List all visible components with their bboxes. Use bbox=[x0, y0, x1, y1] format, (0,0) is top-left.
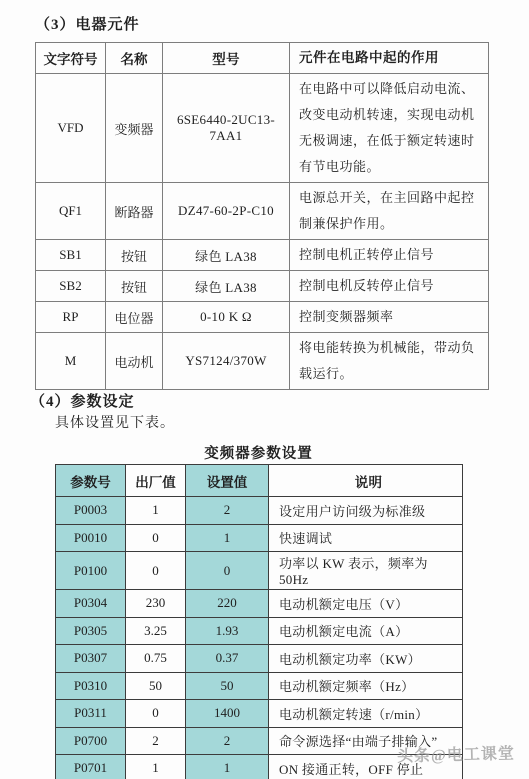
col-header-desc: 说明 bbox=[269, 465, 463, 497]
factory-value: 1 bbox=[126, 755, 186, 779]
component-name: 变频器 bbox=[106, 74, 163, 183]
param-desc: 功率以 KW 表示，频率为 50Hz bbox=[269, 552, 463, 590]
table-row: M 电动机 YS7124/370W 将电能转换为机械能，带动负载运行。 bbox=[36, 333, 489, 390]
component-function: 控制变频器频率 bbox=[290, 302, 489, 333]
components-table: 文字符号 名称 型号 元件在电路中起的作用 VFD 变频器 6SE6440-2U… bbox=[35, 42, 489, 390]
table-row: QF1 断路器 DZ47-60-2P-C10 电源总开关，在主回路中起控制兼保护… bbox=[36, 183, 489, 240]
component-function: 控制电机正转停止信号 bbox=[290, 240, 489, 271]
param-number: P0003 bbox=[56, 497, 126, 525]
component-function: 控制电机反转停止信号 bbox=[290, 271, 489, 302]
table-row: P0311 0 1400 电动机额定转速（r/min） bbox=[56, 700, 463, 728]
component-model: 绿色 LA38 bbox=[163, 240, 290, 271]
col-header-model: 型号 bbox=[163, 43, 290, 74]
col-header-name: 名称 bbox=[106, 43, 163, 74]
component-function: 将电能转换为机械能，带动负载运行。 bbox=[290, 333, 489, 390]
set-value: 1.93 bbox=[186, 617, 269, 645]
set-value: 2 bbox=[186, 727, 269, 755]
table-row: P0003 1 2 设定用户访问级为标准级 bbox=[56, 497, 463, 525]
table-row: VFD 变频器 6SE6440-2UC13-7AA1 在电路中可以降低启动电流、… bbox=[36, 74, 489, 183]
component-function: 电源总开关，在主回路中起控制兼保护作用。 bbox=[290, 183, 489, 240]
component-model: YS7124/370W bbox=[163, 333, 290, 390]
section4-heading: （4）参数设定 bbox=[30, 390, 135, 411]
table-row: P0305 3.25 1.93 电动机额定电流（A） bbox=[56, 617, 463, 645]
component-name: 电位器 bbox=[106, 302, 163, 333]
set-value: 50 bbox=[186, 672, 269, 700]
factory-value: 230 bbox=[126, 590, 186, 618]
component-name: 电动机 bbox=[106, 333, 163, 390]
param-desc: 电动机额定频率（Hz） bbox=[269, 672, 463, 700]
param-desc: 电动机额定电压（V） bbox=[269, 590, 463, 618]
param-number: P0307 bbox=[56, 645, 126, 673]
component-symbol: SB2 bbox=[36, 271, 106, 302]
factory-value: 0.75 bbox=[126, 645, 186, 673]
table-row: P0310 50 50 电动机额定频率（Hz） bbox=[56, 672, 463, 700]
factory-value: 2 bbox=[126, 727, 186, 755]
component-name: 按钮 bbox=[106, 271, 163, 302]
param-number: P0700 bbox=[56, 727, 126, 755]
param-number: P0305 bbox=[56, 617, 126, 645]
component-model: DZ47-60-2P-C10 bbox=[163, 183, 290, 240]
factory-value: 0 bbox=[126, 524, 186, 552]
col-header-set: 设置值 bbox=[186, 465, 269, 497]
param-number: P0010 bbox=[56, 524, 126, 552]
component-model: 6SE6440-2UC13-7AA1 bbox=[163, 74, 290, 183]
table-row: P0010 0 1 快速调试 bbox=[56, 524, 463, 552]
component-name: 断路器 bbox=[106, 183, 163, 240]
table-row: P0100 0 0 功率以 KW 表示，频率为 50Hz bbox=[56, 552, 463, 590]
component-model: 0-10 K Ω bbox=[163, 302, 290, 333]
component-model: 绿色 LA38 bbox=[163, 271, 290, 302]
col-header-symbol: 文字符号 bbox=[36, 43, 106, 74]
component-symbol: VFD bbox=[36, 74, 106, 183]
component-symbol: QF1 bbox=[36, 183, 106, 240]
param-desc: 电动机额定电流（A） bbox=[269, 617, 463, 645]
factory-value: 0 bbox=[126, 700, 186, 728]
component-symbol: RP bbox=[36, 302, 106, 333]
col-header-function: 元件在电路中起的作用 bbox=[290, 43, 489, 74]
param-desc: 快速调试 bbox=[269, 524, 463, 552]
component-function: 在电路中可以降低启动电流、改变电动机转速，实现电动机无极调速，在低于额定转速时有… bbox=[290, 74, 489, 183]
set-value: 220 bbox=[186, 590, 269, 618]
table-row: SB1 按钮 绿色 LA38 控制电机正转停止信号 bbox=[36, 240, 489, 271]
table-row: SB2 按钮 绿色 LA38 控制电机反转停止信号 bbox=[36, 271, 489, 302]
factory-value: 1 bbox=[126, 497, 186, 525]
set-value: 0.37 bbox=[186, 645, 269, 673]
factory-value: 50 bbox=[126, 672, 186, 700]
factory-value: 0 bbox=[126, 552, 186, 590]
param-desc: 电动机额定转速（r/min） bbox=[269, 700, 463, 728]
col-header-param: 参数号 bbox=[56, 465, 126, 497]
table-row: RP 电位器 0-10 K Ω 控制变频器频率 bbox=[36, 302, 489, 333]
parameters-table: 参数号 出厂值 设置值 说明 P0003 1 2 设定用户访问级为标准级 P00… bbox=[55, 464, 463, 779]
param-number: P0304 bbox=[56, 590, 126, 618]
col-header-factory: 出厂值 bbox=[126, 465, 186, 497]
param-number: P0310 bbox=[56, 672, 126, 700]
parameters-table-title: 变频器参数设置 bbox=[55, 442, 462, 463]
param-number: P0311 bbox=[56, 700, 126, 728]
set-value: 0 bbox=[186, 552, 269, 590]
document-page: （3）电器元件 文字符号 名称 型号 元件在电路中起的作用 VFD 变频器 6S… bbox=[0, 0, 529, 779]
set-value: 1 bbox=[186, 524, 269, 552]
watermark: 头条@电工课堂 bbox=[397, 740, 515, 766]
table-row: P0307 0.75 0.37 电动机额定功率（KW） bbox=[56, 645, 463, 673]
set-value: 1 bbox=[186, 755, 269, 779]
components-header-row: 文字符号 名称 型号 元件在电路中起的作用 bbox=[36, 43, 489, 74]
section3-heading: （3）电器元件 bbox=[35, 13, 140, 34]
param-number: P0100 bbox=[56, 552, 126, 590]
component-name: 按钮 bbox=[106, 240, 163, 271]
component-symbol: M bbox=[36, 333, 106, 390]
param-desc: 设定用户访问级为标准级 bbox=[269, 497, 463, 525]
set-value: 1400 bbox=[186, 700, 269, 728]
param-number: P0701 bbox=[56, 755, 126, 779]
table-row: P0304 230 220 电动机额定电压（V） bbox=[56, 590, 463, 618]
set-value: 2 bbox=[186, 497, 269, 525]
factory-value: 3.25 bbox=[126, 617, 186, 645]
section4-intro: 具体设置见下表。 bbox=[55, 412, 175, 432]
param-desc: 电动机额定功率（KW） bbox=[269, 645, 463, 673]
component-symbol: SB1 bbox=[36, 240, 106, 271]
parameters-header-row: 参数号 出厂值 设置值 说明 bbox=[56, 465, 463, 497]
